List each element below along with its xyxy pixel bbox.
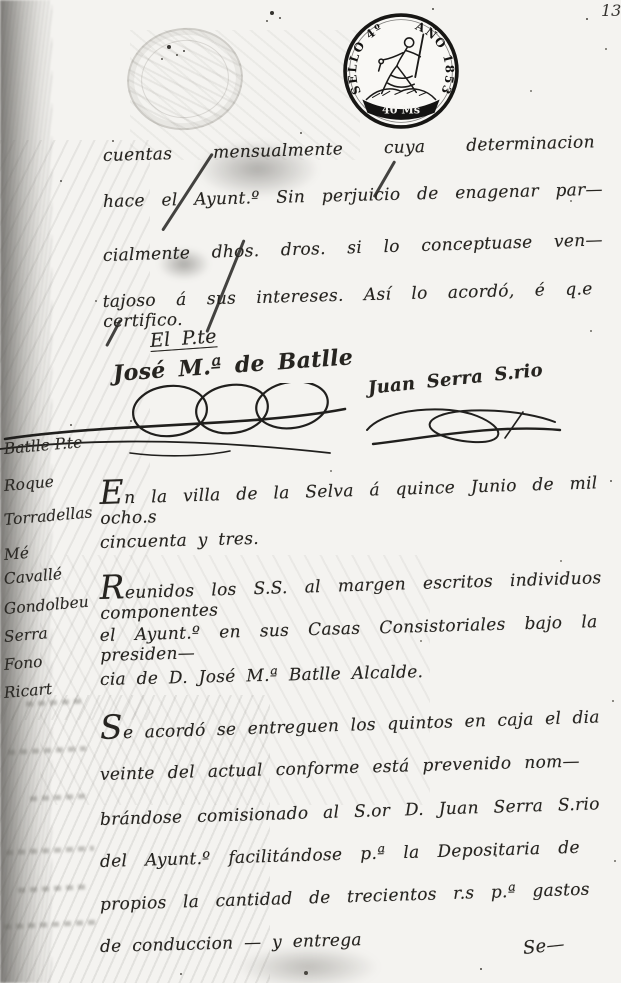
manuscript-line: brándose comisionado al S.or D. Juan Ser… [100, 794, 600, 830]
manuscript-line: cincuenta y tres. [100, 529, 259, 553]
manuscript-line: En la villa de la Selva á quince Junio d… [99, 468, 598, 529]
page-number: 13 [601, 1, 621, 20]
stamp-denomination: 40 Ms [382, 104, 420, 117]
dry-seal [120, 20, 249, 137]
margin-attendee: Serra [3, 624, 48, 646]
margin-attendee: Cavallé [3, 565, 63, 588]
signature-secretary: Juan Serra S.rio [367, 360, 544, 399]
catchword: Se— [522, 934, 566, 959]
manuscript-line: cia de D. José M.ª Batlle Alcalde. [100, 662, 424, 690]
manuscript-line: de conduccion — y entrega [100, 930, 362, 957]
manuscript-line: tajoso á sus intereses. Así lo acordó, é… [102, 279, 593, 333]
margin-attendee: Mé [3, 544, 30, 564]
signature-batlle: José M.ª de Batlle [112, 344, 354, 387]
revenue-stamp: SELLO 4º AÑO 1853 40 Ms [342, 12, 460, 130]
signature-rubric-secretary [355, 400, 575, 455]
president-title: El P.te [149, 325, 217, 352]
manuscript-line: cuentas mensualmente cuya determinacion [103, 132, 595, 166]
manuscript-page: 13 SELLO 4º AÑO 1853 [0, 0, 621, 983]
manuscript-line: veinte del actual conforme está prevenid… [100, 752, 580, 786]
manuscript-line: del Ayunt.º facilitándose p.ª la Deposit… [100, 838, 580, 873]
manuscript-line: hace el Ayunt.º Sin perjuicio de enagena… [103, 180, 603, 213]
margin-attendee: Fono [3, 653, 43, 674]
dry-seal-inner-ring [136, 34, 234, 123]
manuscript-line: propios la cantidad de trecientos r.s p.… [100, 880, 590, 916]
manuscript-line: cialmente dhos. dros. si lo conceptuase … [103, 230, 603, 266]
manuscript-line: Se acordó se entreguen los quintos en ca… [100, 702, 601, 744]
paper-speckles [0, 0, 2, 2]
